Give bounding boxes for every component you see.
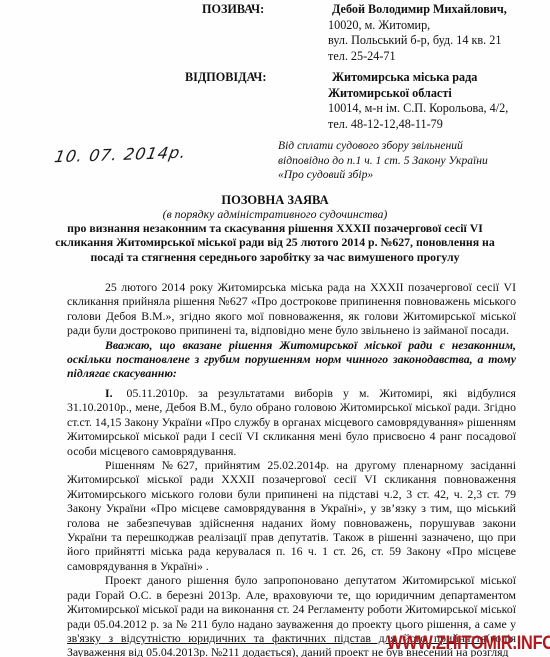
fee-exemption-line3: «Про судовий збір» [278,168,488,183]
intro-paragraph: 25 лютого 2014 року Житомирська міська р… [67,280,516,338]
defendant-address: 10014, м-н ім. С.П. Корольова, 4/2, [328,101,508,117]
plaintiff-address-line2: вул. Польський б-р, буд. 14 кв. 21 [328,33,507,49]
defendant-phone: тел. 48-12-12,48-11-79 [328,117,508,133]
subject-line: посаді та стягнення середнього заробітку… [30,250,520,264]
plaintiff-label: ПОЗИВАЧ: [202,2,264,18]
fee-exemption-line1: Від сплати судового збору звільнений [278,139,488,154]
claim-paragraph: Вважаю, що вказане рішення Житомирської … [67,338,516,381]
subject-line: скликання Житомирської міської ради від … [30,235,520,249]
document-title: ПОЗОВНА ЗАЯВА [30,193,520,208]
fee-exemption-line2: відповідно до п.1 ч. 1 ст. 5 Закону Укра… [278,154,488,169]
section-number: I. [105,386,113,400]
document-subject: про визнання незаконним та скасування рі… [30,221,520,264]
document-page: ПОЗИВАЧ: Дебой Володимир Михайлович, 100… [0,0,550,657]
section-paragraph-1-text: 05.11.2010р. за результатами виборів у м… [67,386,516,458]
subject-line: про визнання незаконним та скасування рі… [30,221,520,235]
intro-section: 25 лютого 2014 року Житомирська міська р… [67,280,516,381]
section-paragraph-2: Рішенням №627, прийнятим 25.02.2014р. на… [67,458,516,573]
document-subtitle: (в порядку адміністративного судочинства… [30,207,520,222]
plaintiff-address-line1: 10020, м. Житомир, [328,18,507,34]
site-watermark: WWW.ZHITOMIR.INFO [387,633,550,655]
defendant-label: ВІДПОВІДАЧ: [185,70,266,86]
plaintiff-name: Дебой Володимир Михайлович, [328,2,507,18]
handwritten-date: 10. 07. 2014р. [53,143,188,167]
section-paragraph-1: I.05.11.2010р. за результатами виборів у… [67,386,516,458]
defendant-name-line2: Житомирської області [328,86,508,102]
section-paragraph-3-start: Проект даного рішення було запропоновано… [67,573,516,630]
section-one: I.05.11.2010р. за результатами виборів у… [67,386,516,657]
defendant-name-line1: Житомирська міська рада [328,70,508,86]
plaintiff-phone: тел. 25-24-71 [328,49,507,65]
fee-exemption-note: Від сплати судового збору звільнений від… [278,139,488,183]
